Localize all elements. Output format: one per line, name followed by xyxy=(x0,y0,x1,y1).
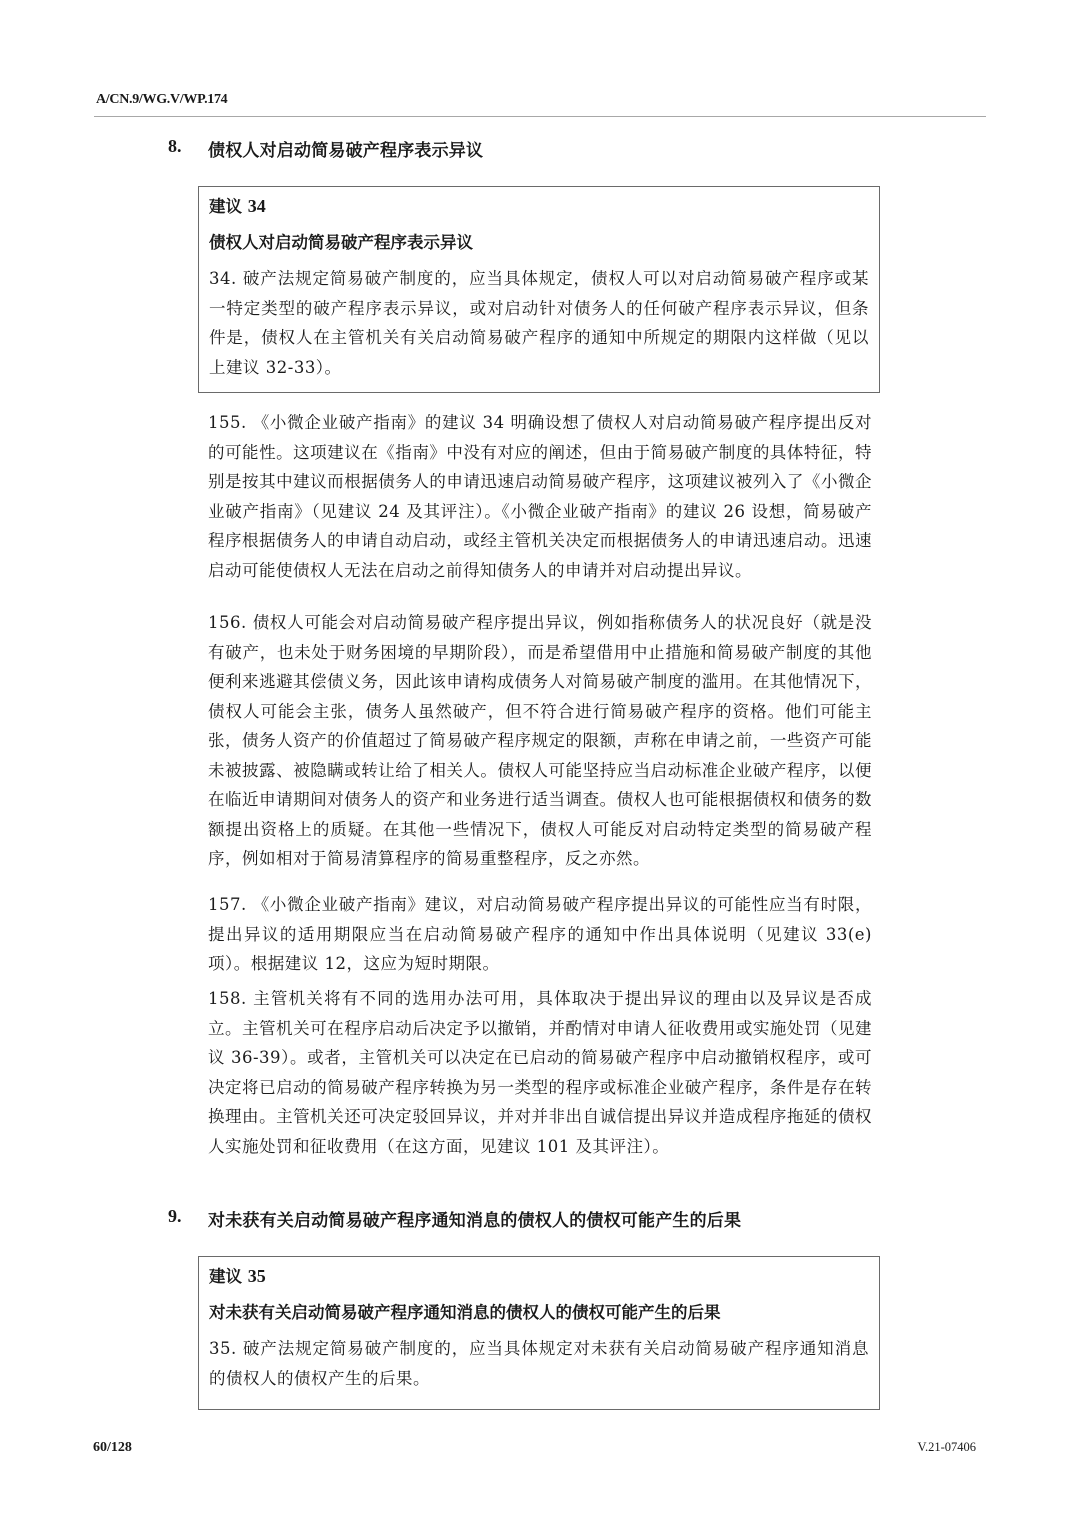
recommendation-label: 建议 35 xyxy=(209,1263,869,1290)
recommendation-number: 35 xyxy=(248,1266,266,1286)
section-title: 债权人对启动简易破产程序表示异议 xyxy=(208,136,483,161)
section-number: 9. xyxy=(168,1206,208,1231)
recommendation-text: 35. 破产法规定简易破产制度的，应当具体规定对未获有关启动简易破产程序通知消息… xyxy=(209,1334,869,1393)
paragraph-155: 155. 《小微企业破产指南》的建议 34 明确设想了债权人对启动简易破产程序提… xyxy=(208,408,872,585)
section-number: 8. xyxy=(168,136,208,161)
recommendation-label: 建议 34 xyxy=(209,193,869,220)
paragraph-157: 157. 《小微企业破产指南》建议，对启动简易破产程序提出异议的可能性应当有时限… xyxy=(208,890,872,979)
recommendation-label-text: 建议 xyxy=(209,1267,242,1286)
recommendation-box-34: 建议 34 债权人对启动简易破产程序表示异议 34. 破产法规定简易破产制度的，… xyxy=(198,186,880,393)
paragraph-156: 156. 债权人可能会对启动简易破产程序提出异议，例如指称债务人的状况良好（就是… xyxy=(208,608,872,874)
recommendation-text: 34. 破产法规定简易破产制度的，应当具体规定，债权人可以对启动简易破产程序或某… xyxy=(209,264,869,382)
recommendation-title: 对未获有关启动简易破产程序通知消息的债权人的债权可能产生的后果 xyxy=(209,1300,869,1326)
document-symbol: A/CN.9/WG.V/WP.174 xyxy=(96,92,227,108)
section-title: 对未获有关启动简易破产程序通知消息的债权人的债权可能产生的后果 xyxy=(208,1206,741,1231)
job-number: V.21-07406 xyxy=(918,1440,976,1455)
recommendation-label-text: 建议 xyxy=(209,197,242,216)
section-heading-9: 9. 对未获有关启动简易破产程序通知消息的债权人的债权可能产生的后果 xyxy=(168,1206,741,1231)
paragraph-158: 158. 主管机关将有不同的选用办法可用，具体取决于提出异议的理由以及异议是否成… xyxy=(208,984,872,1161)
section-heading-8: 8. 债权人对启动简易破产程序表示异议 xyxy=(168,136,483,161)
page-number: 60/128 xyxy=(93,1440,132,1456)
recommendation-box-35: 建议 35 对未获有关启动简易破产程序通知消息的债权人的债权可能产生的后果 35… xyxy=(198,1256,880,1410)
recommendation-number: 34 xyxy=(248,196,266,216)
recommendation-title: 债权人对启动简易破产程序表示异议 xyxy=(209,230,869,256)
header-divider xyxy=(94,116,986,117)
